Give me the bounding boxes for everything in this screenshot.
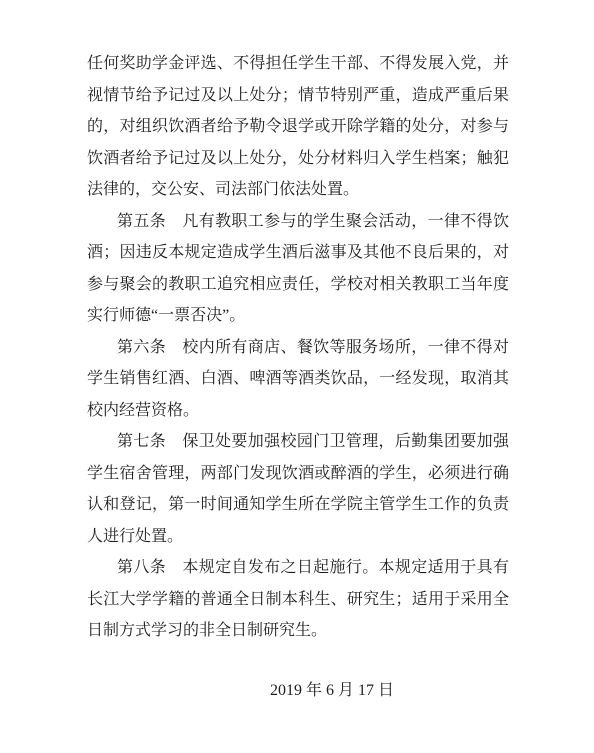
text-line: 校内经营资格。 [87,395,509,427]
text-line: 第五条 凡有教职工参与的学生聚会活动，一律不得饮 [87,206,509,238]
text-line: 视情节给予记过及以上处分；情节特别严重，造成严重后果 [87,80,509,112]
text-line: 第八条 本规定自发布之日起施行。本规定适用于具有 [87,552,509,584]
text-line: 实行师德“一票否决”。 [87,300,509,332]
text-line: 酒；因违反本规定造成学生酒后滋事及其他不良后果的，对 [87,237,509,269]
text-line: 人进行处置。 [87,521,509,553]
text-line: 任何奖助学金评选、不得担任学生干部、不得发展入党，并 [87,48,509,80]
text-line: 参与聚会的教职工追究相应责任，学校对相关教职工当年度 [87,269,509,301]
paragraph-article-7: 第七条 保卫处要加强校园门卫管理，后勤集团要加强 学生宿舍管理，两部门发现饮酒或… [87,426,509,552]
text-line: 学生销售红酒、白酒、啤酒等酒类饮品，一经发现，取消其 [87,363,509,395]
paragraph-article-8: 第八条 本规定自发布之日起施行。本规定适用于具有 长江大学学籍的普通全日制本科生… [87,552,509,647]
paragraph: 任何奖助学金评选、不得担任学生干部、不得发展入党，并 视情节给予记过及以上处分；… [87,48,509,206]
paragraph-article-6: 第六条 校内所有商店、餐饮等服务场所，一律不得对 学生销售红酒、白酒、啤酒等酒类… [87,332,509,427]
document-date: 2019 年 6 月 17 日 [87,675,509,707]
paragraph-article-5: 第五条 凡有教职工参与的学生聚会活动，一律不得饮 酒；因违反本规定造成学生酒后滋… [87,206,509,332]
text-line: 日制方式学习的非全日制研究生。 [87,615,509,647]
text-line: 第六条 校内所有商店、餐饮等服务场所，一律不得对 [87,332,509,364]
text-line: 第七条 保卫处要加强校园门卫管理，后勤集团要加强 [87,426,509,458]
text-line: 学生宿舍管理，两部门发现饮酒或醉酒的学生，必须进行确 [87,458,509,490]
text-line: 长江大学学籍的普通全日制本科生、研究生；适用于采用全 [87,584,509,616]
text-line: 饮酒者给予记过及以上处分，处分材料归入学生档案；触犯 [87,143,509,175]
document-body: 任何奖助学金评选、不得担任学生干部、不得发展入党，并 视情节给予记过及以上处分；… [87,48,509,706]
text-line: 的，对组织饮酒者给予勒令退学或开除学籍的处分，对参与 [87,111,509,143]
text-line: 认和登记，第一时间通知学生所在学院主管学生工作的负责 [87,489,509,521]
text-line: 法律的，交公安、司法部门依法处置。 [87,174,509,206]
document-page: 任何奖助学金评选、不得担任学生干部、不得发展入党，并 视情节给予记过及以上处分；… [0,0,594,753]
